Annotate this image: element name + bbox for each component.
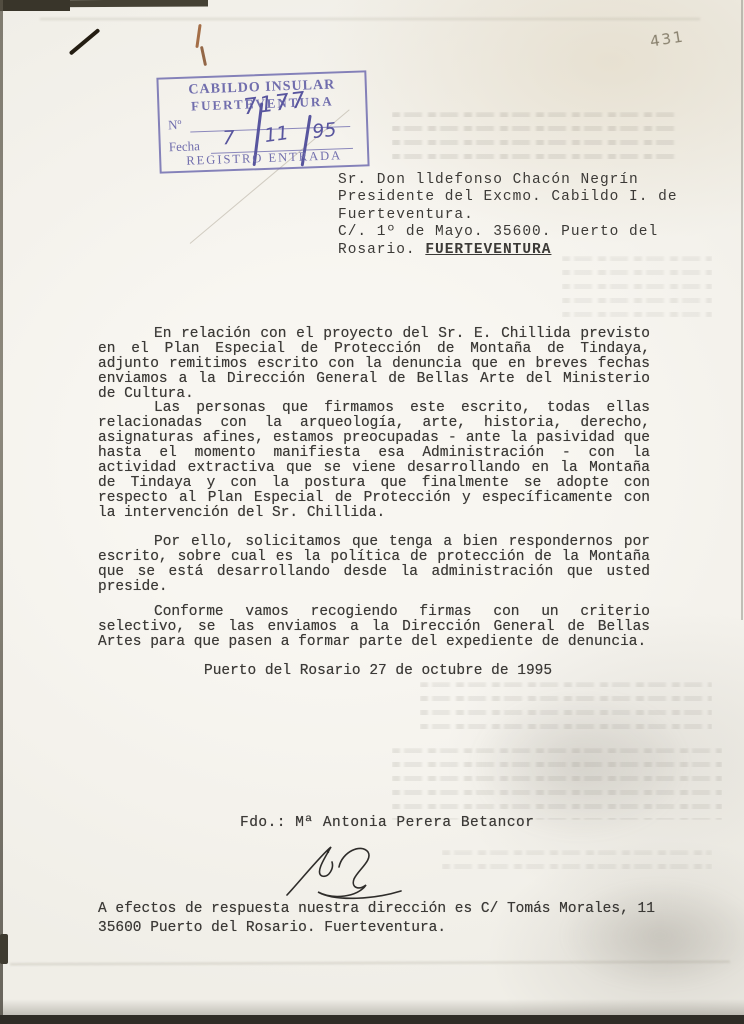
bleedthrough-text: [392, 112, 680, 168]
recipient-line: Presidente del Excmo. Cabildo I. de: [338, 189, 678, 206]
reply-address-line: A efectos de respuesta nuestra dirección…: [98, 900, 655, 919]
bleedthrough-text: [420, 682, 712, 738]
paper-crease-top: [40, 18, 700, 20]
stamp-date-month-handwritten: 11: [263, 122, 290, 147]
pen-stroke-mark: [69, 28, 101, 55]
scan-bottom-shadow: [0, 999, 744, 1015]
stamp-date-year-handwritten: 95: [311, 119, 337, 143]
bleedthrough-text: [442, 850, 712, 878]
stamp-number-label: Nº: [168, 117, 182, 133]
paragraph: En relación con el proyecto del Sr. E. C…: [98, 327, 650, 402]
pencil-corner-mark: 431: [649, 27, 686, 50]
scanned-letter-page: 431 CABILDO INSULAR FUERTEVENTURA Nº 717…: [0, 0, 744, 1024]
paragraph: Las personas que firmamos este escrito, …: [98, 401, 650, 521]
scan-edge-top-corner: [0, 0, 70, 11]
scan-edge-bottom: [0, 1015, 744, 1024]
bleedthrough-text: [392, 748, 722, 820]
staple-rust-stain: [195, 24, 201, 48]
stamp-date-day-handwritten: 7: [222, 127, 235, 149]
recipient-line: Sr. Don lldefonso Chacón Negrín: [338, 172, 678, 189]
recipient-address: Sr. Don lldefonso Chacón Negrín Presiden…: [338, 172, 678, 259]
signature-name-line: Fdo.: Mª Antonia Perera Betancor: [240, 815, 534, 831]
staple-rust-stain-2: [200, 46, 207, 66]
scan-edge-left: [0, 0, 3, 1024]
reply-address-line: 35600 Puerto del Rosario. Fuerteventura.: [98, 919, 655, 938]
registry-stamp: CABILDO INSULAR FUERTEVENTURA Nº 7177 Fe…: [156, 70, 369, 173]
handwritten-signature: [281, 842, 409, 902]
recipient-island-emphasis: FUERTEVENTURA: [425, 242, 551, 258]
recipient-line: Rosario. FUERTEVENTURA: [338, 242, 678, 259]
recipient-line: Fuerteventura.: [338, 207, 678, 224]
dateline: Puerto del Rosario 27 de octubre de 1995: [204, 663, 552, 679]
recipient-line: C/. 1º de Mayo. 35600. Puerto del: [338, 224, 678, 241]
reply-address: A efectos de respuesta nuestra dirección…: [98, 900, 655, 937]
bleedthrough-text: [562, 256, 712, 318]
scan-edge-right: [741, 0, 743, 620]
paragraph: Conforme vamos recogiendo firmas con un …: [98, 605, 650, 650]
scan-edge-left-notch: [0, 934, 8, 964]
paragraph: Por ello, solicitamos que tenga a bien r…: [98, 535, 650, 595]
